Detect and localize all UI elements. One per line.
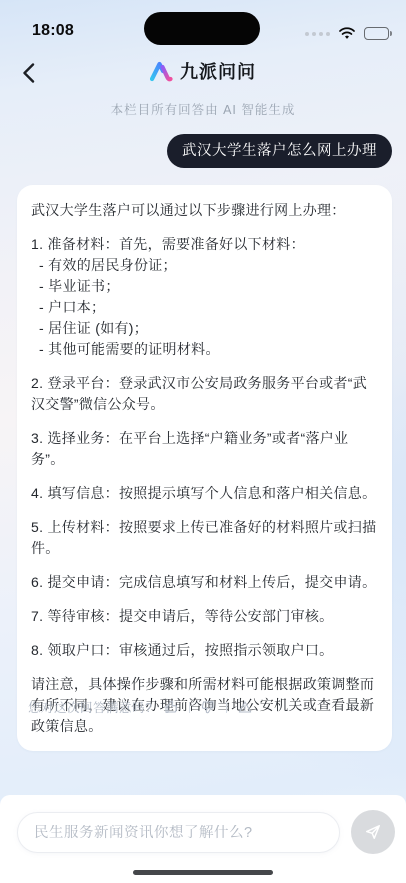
divider <box>226 702 227 713</box>
answer-intro: 武汉大学生落户可以通过以下步骤进行网上办理： <box>31 200 378 221</box>
send-button[interactable] <box>351 810 395 854</box>
answer-step: 1. 准备材料：首先，需要准备好以下材料： <box>31 234 378 255</box>
cellular-icon <box>305 32 330 36</box>
battery-icon <box>364 27 392 40</box>
answer-step: 5. 上传材料：按照要求上传已准备好的材料照片或扫描件。 <box>31 517 378 559</box>
answer-step: 4. 填写信息：按照提示填写个人信息和落户相关信息。 <box>31 483 378 504</box>
feedback-question: 您对这次回答满意吗? <box>28 698 152 716</box>
divider <box>189 702 190 713</box>
answer-material: - 有效的居民身份证； <box>31 255 378 276</box>
answer-step: 8. 领取户口：审核通过后，按照指示领取户口。 <box>31 640 378 661</box>
composer-bar <box>0 795 406 883</box>
user-message-bubble: 武汉大学生落户怎么网上办理 <box>167 134 392 168</box>
answer-material: - 毕业证书； <box>31 276 378 297</box>
message-input[interactable] <box>34 825 323 841</box>
feedback-row: 您对这次回答满意吗? <box>28 698 254 716</box>
app-brand: 九派问问 <box>0 58 406 84</box>
dynamic-island <box>144 12 260 45</box>
page-title: 九派问问 <box>180 58 256 84</box>
thumbs-down-button[interactable] <box>199 698 217 716</box>
answer-material: - 其他可能需要的证明材料。 <box>31 339 378 360</box>
answer-material: - 居住证 (如有)； <box>31 318 378 339</box>
wifi-icon <box>337 26 357 41</box>
answer-step: 3. 选择业务：在平台上选择“户籍业务”或者“落户业务”。 <box>31 428 378 470</box>
answer-step: 7. 等待审核：提交申请后，等待公安部门审核。 <box>31 606 378 627</box>
thumbs-up-button[interactable] <box>162 698 180 716</box>
message-input-wrapper[interactable] <box>17 812 340 853</box>
answer-step: 2. 登录平台：登录武汉市公安局政务服务平台或者“武汉交警”微信公众号。 <box>31 373 378 415</box>
send-plane-icon <box>363 822 383 842</box>
ai-answer-card: 武汉大学生落户可以通过以下步骤进行网上办理： 1. 准备材料：首先，需要准备好以… <box>17 185 392 751</box>
answer-material: - 户口本； <box>31 297 378 318</box>
app-logo-icon <box>150 61 173 82</box>
thumbs-down-icon <box>200 699 216 715</box>
report-alert-icon <box>237 699 253 715</box>
status-time: 18:08 <box>32 22 74 40</box>
header: 九派问问 <box>0 58 406 88</box>
home-indicator <box>133 870 273 875</box>
answer-step: 6. 提交申请：完成信息填写和材料上传后，提交申请。 <box>31 572 378 593</box>
report-button[interactable] <box>236 698 254 716</box>
thumbs-up-icon <box>163 699 179 715</box>
status-bar: 18:08 <box>0 0 406 54</box>
ai-disclaimer: 本栏目所有回答由 AI 智能生成 <box>0 100 406 118</box>
